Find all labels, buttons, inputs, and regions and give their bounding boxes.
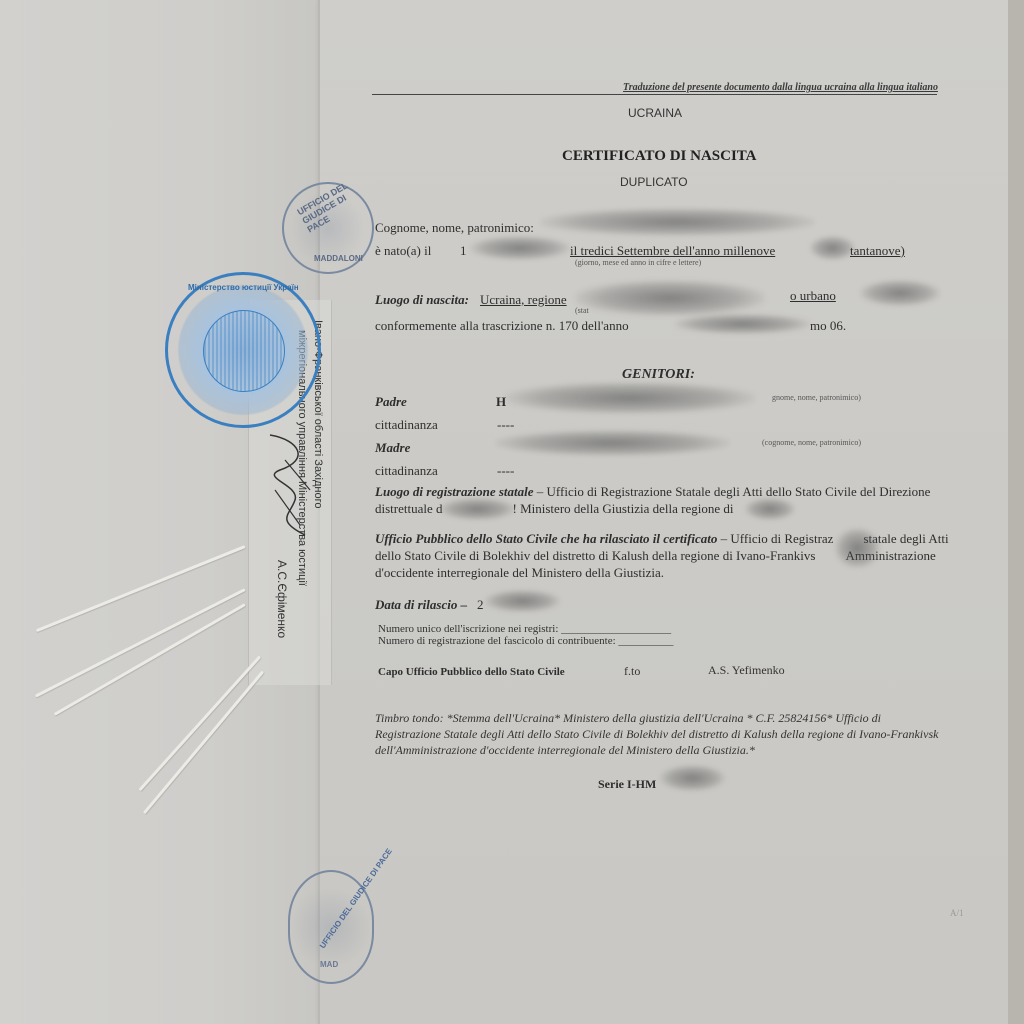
country-label: UCRAINA (470, 106, 840, 120)
page-edge (1008, 0, 1024, 1024)
redacted-office (835, 528, 880, 568)
born-text: il tredici Settembre dell'anno millenove (570, 243, 775, 259)
apostille-signer: А.С.Єфіменко (275, 560, 289, 638)
redacted-birthplace (575, 280, 765, 316)
signature-icon (260, 430, 320, 540)
issue-date-label: Data di rilascio – (375, 597, 467, 613)
record-text-end: mo 06. (810, 318, 846, 334)
document-title: CERTIFICATO DI NASCITA (562, 148, 757, 165)
ukraine-emblem-icon (203, 310, 285, 392)
footer-mark: A/1 (950, 908, 964, 918)
father-hint: gnome, nome, patronimico) (772, 393, 861, 402)
series-label: Serie I-HM (598, 777, 656, 792)
stamp-bottom-city: MAD (320, 960, 338, 969)
issuing-office-text-2: dello Stato Civile di Bolekhiv del distr… (375, 548, 815, 563)
unique-number-label: Numero unico dell'iscrizione nei registr… (378, 623, 671, 635)
redacted-born-year (810, 236, 855, 260)
mother-hint: (cognome, nome, patronimico) (762, 438, 861, 447)
father-citizenship-label: cittadinanza (375, 417, 438, 433)
translation-note: Traduzione del presente documento dalla … (623, 82, 938, 93)
born-hint: (giorno, mese ed anno in cifre e lettere… (575, 258, 701, 267)
taxpayer-number-label: Numero di registrazione del fascicolo di… (378, 635, 673, 647)
registration-place-label: Luogo di registrazione statale (375, 484, 534, 499)
born-label: è nato(a) il (375, 243, 431, 259)
registration-place-text: – Ufficio di Registrazione Statale degli… (534, 484, 931, 499)
redacted-region (745, 498, 795, 520)
issuing-office-text-3: d'occidente interregionale del Ministero… (375, 565, 664, 580)
registration-place-text-2a: distrettuale d (375, 501, 443, 516)
stamp-note-line-1: Timbro tondo: *Stemma dell'Ucraina* Mini… (375, 711, 881, 725)
redacted-birthplace-end (860, 280, 940, 306)
apostille-stamp: Міністерство юстиції України * для прост… (165, 272, 321, 428)
born-text-end: tantanove) (850, 243, 905, 259)
mother-label: Madre (375, 440, 410, 456)
stamp-text-city: MADDALONI (314, 254, 363, 263)
signed-mark: f.to (624, 664, 640, 679)
redacted-series (660, 765, 725, 791)
apostille-ring-text: Міністерство юстиції України * для прост… (188, 283, 298, 292)
redacted-father-name (505, 382, 755, 414)
birthplace-label: Luogo di nascita: (375, 292, 469, 308)
mother-citizenship-value: ---- (497, 463, 514, 479)
issuing-office-label: Ufficio Pubblico dello Stato Civile che … (375, 531, 717, 546)
redacted-name (540, 208, 815, 236)
mother-citizenship-label: cittadinanza (375, 463, 438, 479)
giudice-di-pace-stamp-bottom: UFFICIO DEL GIUDICE DI PACE MAD (288, 870, 374, 984)
document-subtitle: DUPLICATO (620, 175, 688, 189)
registration-place-text-2b: ! Ministero della Giustizia della region… (513, 501, 734, 516)
born-day: 1 (460, 243, 467, 259)
redacted-mother-name (495, 430, 730, 456)
parents-heading: GENITORI: (622, 367, 695, 383)
birthplace-value-end: o urbano (790, 288, 836, 304)
name-label: Cognome, nome, patronimico: (375, 220, 534, 236)
birthplace-value: Ucraina, regione (480, 292, 567, 308)
redacted-district (440, 498, 515, 520)
stamp-note-line-3: dell'Amministrazione d'occidente interre… (375, 743, 755, 757)
header-rule (372, 94, 937, 95)
issuing-office-text-1: – Ufficio di Registraz (717, 531, 833, 546)
head-office-label: Capo Ufficio Pubblico dello Stato Civile (378, 666, 565, 678)
redacted-born-date (470, 236, 570, 260)
issue-date-prefix: 2 (477, 597, 484, 613)
father-label: Padre (375, 394, 407, 410)
record-text: conformemente alla trascrizione n. 170 d… (375, 318, 629, 334)
redacted-issue-date (485, 590, 560, 612)
stamp-note-line-2: Registrazione Statale degli Atti dello S… (375, 727, 938, 741)
head-name: A.S. Yefimenko (708, 663, 785, 678)
birthplace-hint: (stat (575, 306, 589, 315)
stamp-description: Timbro tondo: *Stemma dell'Ucraina* Mini… (375, 710, 965, 758)
redacted-record-year (675, 314, 810, 334)
giudice-di-pace-stamp-top: UFFICIO DEL GIUDICE DI PACE MADDALONI (282, 182, 374, 274)
